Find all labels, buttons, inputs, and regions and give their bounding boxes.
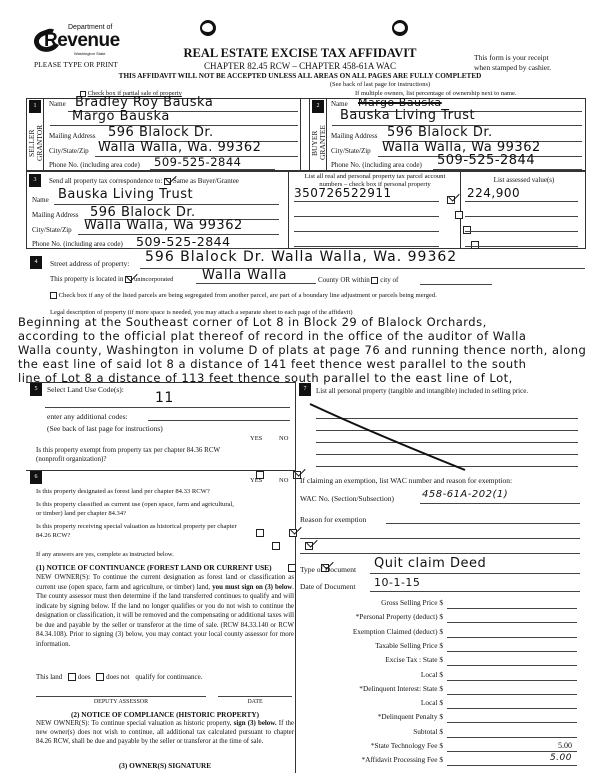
notice2-bold: sign (3) below.	[234, 720, 277, 727]
does-not-label: does not	[106, 673, 130, 681]
doc-type-value[interactable]: Quit claim Deed	[374, 556, 486, 571]
notice-compliance-title: (2) NOTICE OF COMPLIANCE (HISTORIC PROPE…	[36, 710, 294, 719]
doc-date-line	[370, 591, 580, 592]
unincorporated-checkbox[interactable]	[125, 276, 132, 283]
reason-line-2[interactable]	[300, 538, 580, 539]
personal-property-checkbox[interactable]	[455, 211, 463, 219]
notice1-text-b: . The county assessor must then determin…	[36, 584, 294, 648]
doc-date-value[interactable]: 10-1-15	[374, 576, 420, 589]
same-as-buyer-checkbox[interactable]	[164, 178, 171, 185]
fee-label: *State Technology Fee $	[293, 741, 443, 750]
fee-line[interactable]	[447, 751, 577, 752]
buyer-phone-line	[433, 169, 582, 170]
reason-line-3[interactable]	[300, 553, 580, 554]
reason-line[interactable]	[386, 523, 580, 524]
seller-mailing-label: Mailing Address	[49, 132, 95, 140]
legal-description-line: according to the official plat thereof o…	[18, 329, 588, 343]
assessed-value-line	[465, 246, 578, 247]
parties-divider	[300, 98, 301, 171]
legal-description-line: Walla county, Washington in volume D of …	[18, 343, 588, 357]
wac-value[interactable]: 458-61A-202(1)	[422, 489, 508, 500]
fee-line[interactable]	[447, 722, 577, 723]
fee-label: Exemption Claimed (deduct) $	[293, 627, 443, 636]
fee-line[interactable]	[447, 665, 577, 666]
sec6-yes-checkbox[interactable]	[272, 542, 280, 550]
receipt-line-1: This form is your receipt	[474, 53, 551, 63]
corr-phone-label: Phone No. (including area code)	[32, 240, 123, 248]
punch-hole-right	[392, 20, 408, 36]
deputy-date-line[interactable]	[218, 696, 292, 697]
notice1-bold: you must sign on (3) below	[212, 584, 292, 591]
fee-line[interactable]	[447, 608, 577, 609]
fee-line[interactable]	[447, 737, 577, 738]
parcel-rows: 350726522911224,900	[0, 0, 600, 18]
corr-name-label: Name	[32, 196, 49, 204]
fee-label: Taxable Selling Price $	[293, 641, 443, 650]
parcel-account-line	[294, 216, 439, 217]
unincorporated-label: unincorporated	[134, 276, 173, 283]
additional-codes-label: enter any additional codes:	[47, 412, 128, 421]
seller-phone-label: Phone No. (including area code)	[49, 161, 140, 169]
section-1-number: 1	[29, 100, 41, 113]
land-use-no-header: NO	[279, 435, 288, 442]
county-or-label: County OR within	[318, 276, 370, 284]
sec6-no-checkbox[interactable]	[305, 542, 313, 550]
fee-line[interactable]	[447, 651, 577, 652]
buyer-grantee-label: BUYER GRANTEE	[311, 118, 327, 168]
located-row: This property is located in unincorporat…	[50, 275, 173, 283]
segregated-label: Check box if any of the listed parcels a…	[59, 292, 437, 299]
wac-label: WAC No. (Section/Subsection)	[300, 494, 394, 503]
fee-line[interactable]	[447, 694, 577, 695]
parcel-value-divider	[460, 171, 461, 249]
continuance-row: This land does does not qualify for cont…	[36, 673, 202, 681]
wac-line	[420, 503, 580, 504]
receipt-line-2: when stamped by cashier.	[474, 63, 551, 73]
deputy-assessor-line[interactable]	[36, 696, 206, 697]
doc-type-label: Type of Document	[300, 565, 356, 574]
assessed-value-line	[465, 231, 578, 232]
parcel-header-1: List all real and personal property tax …	[290, 173, 460, 181]
legal-description-line: the east line of said lot 8 a distance o…	[18, 357, 588, 371]
sec6-yes-checkbox[interactable]	[256, 529, 264, 537]
county-or-row: County OR within city of	[318, 276, 398, 284]
doc-type-line	[370, 573, 580, 574]
receipt-note: This form is your receipt when stamped b…	[474, 53, 551, 73]
additional-codes-line[interactable]	[148, 420, 290, 421]
buyer-phone[interactable]: 509-525-2844	[437, 153, 535, 168]
county-line	[196, 283, 316, 284]
correspondence-label: Send all property tax correspondence to:	[49, 177, 162, 185]
segregated-checkbox[interactable]	[50, 292, 57, 299]
segregated-row: Check box if any of the listed parcels a…	[50, 292, 437, 299]
sec6-yes-header: YES	[250, 477, 262, 484]
buyer-name-label: Name	[331, 100, 348, 108]
personal-property-label: List all personal property (tangible and…	[316, 385, 586, 398]
notice-continuance-title: (1) NOTICE OF CONTINUANCE (FOREST LAND O…	[36, 563, 272, 572]
land-use-code[interactable]: 11	[155, 390, 174, 406]
qualify-label: qualify for continuance.	[135, 673, 202, 681]
parcel-account-line	[294, 201, 439, 202]
fee-line[interactable]	[447, 708, 577, 709]
section-7-number: 7	[299, 383, 311, 396]
land-use-yes-header: YES	[250, 435, 262, 442]
personal-property-checkbox[interactable]	[447, 196, 455, 204]
does-not-checkbox[interactable]	[96, 673, 104, 681]
exempt-question: Is this property exempt from property ta…	[36, 446, 236, 464]
notice-continuance-body: NEW OWNER(S): To continue the current de…	[36, 573, 294, 649]
city-of-line[interactable]	[420, 284, 492, 285]
corr-parcel-divider	[288, 171, 289, 249]
if-yes-note: If any answers are yes, complete as inst…	[36, 551, 174, 558]
fee-label: Local $	[293, 698, 443, 707]
buyer-phone-label: Phone No. (including area code)	[331, 161, 422, 169]
section-2-number: 2	[312, 100, 324, 113]
buyer-name-2[interactable]: Bauska Living Trust	[340, 108, 475, 123]
sec6-no-checkbox[interactable]	[289, 529, 297, 537]
fee-line[interactable]	[447, 622, 577, 623]
parcel-account-line	[294, 231, 439, 232]
county-value[interactable]: Walla Walla	[202, 268, 288, 283]
notice-compliance-body: NEW OWNER(S): To continue special valuat…	[36, 719, 294, 746]
assessed-value-line	[465, 201, 578, 202]
this-land-label: This land	[36, 673, 62, 681]
section-4-number: 4	[30, 256, 42, 269]
buyer-city-label: City/State/Zip	[331, 147, 371, 155]
located-label: This property is located in	[50, 275, 123, 283]
fee-line[interactable]	[447, 637, 577, 638]
does-label: does	[78, 673, 91, 681]
strike-line-icon	[300, 400, 480, 480]
fee-label: Excise Tax : State $	[293, 655, 443, 664]
seller-phone-line	[150, 169, 275, 170]
deputy-date-label: DATE	[218, 699, 292, 705]
corr-phone[interactable]: 509-525-2844	[136, 234, 231, 249]
fee-label: *Affidavit Processing Fee $	[293, 755, 443, 764]
does-checkbox[interactable]	[68, 673, 76, 681]
fee-label: *Personal Property (deduct) $	[293, 612, 443, 621]
seller-phone[interactable]: 509-525-2844	[154, 155, 241, 169]
sec6-no-header: NO	[279, 477, 288, 484]
corr-mailing-label: Mailing Address	[32, 211, 78, 219]
fee-label: Local $	[293, 670, 443, 679]
fee-label: Gross Selling Price $	[293, 598, 443, 607]
land-use-label: Select Land Use Code(s):	[47, 385, 124, 394]
fee-value[interactable]: 5.00	[512, 741, 572, 750]
fee-label: *Delinquent Penalty $	[293, 712, 443, 721]
corr-name[interactable]: Bauska Living Trust	[58, 187, 193, 202]
section-6-number: 6	[30, 471, 42, 484]
section-5-number: 5	[30, 383, 42, 396]
exemption-label: If claiming an exemption, list WAC numbe…	[300, 476, 512, 485]
seller-grantor-label: SELLER GRANTOR	[28, 118, 44, 168]
sec6-yes-checkbox[interactable]	[288, 564, 296, 572]
land-use-line	[45, 407, 290, 408]
street-address-label: Street address of property:	[50, 259, 129, 268]
sec6-question-text: Is this property receiving special valua…	[36, 522, 241, 540]
correspondence-label-row: Send all property tax correspondence to:…	[49, 177, 239, 185]
street-address[interactable]: 596 Blalock Dr. Walla Walla, Wa. 99362	[145, 249, 457, 265]
doc-date-label: Date of Document	[300, 582, 355, 591]
parcel-account[interactable]: 350726522911	[294, 186, 392, 200]
fee-line[interactable]	[447, 765, 577, 766]
form-warning: THIS AFFIDAVIT WILL NOT BE ACCEPTED UNLE…	[0, 72, 600, 80]
reason-label: Reason for exemption	[300, 515, 366, 524]
sec6-question-text: Is this property classified as current u…	[36, 500, 241, 518]
city-of-label: city of	[380, 276, 398, 284]
fee-line[interactable]	[447, 680, 577, 681]
land-use-see-back: (See back of last page for instructions)	[47, 424, 163, 433]
notice2-text-a: NEW OWNER(S): To continue special valuat…	[36, 720, 234, 727]
seller-name-1[interactable]: Bradley Roy Bauska	[75, 95, 213, 110]
sec6-question-text: Is this property designated as forest la…	[36, 487, 241, 496]
fee-label: Subtotal $	[293, 727, 443, 736]
punch-hole-left	[200, 20, 216, 36]
corr-city[interactable]: Walla Walla, Wa 99362	[84, 218, 243, 233]
section-3-number: 3	[29, 174, 41, 187]
seller-name-label: Name	[49, 100, 66, 108]
same-as-buyer-label: Same as Buyer/Grantee	[173, 177, 239, 185]
assessed-value-line	[465, 216, 578, 217]
seller-mailing[interactable]: 596 Blalock Dr.	[108, 125, 214, 140]
assessed-value-header: List assessed value(s)	[462, 176, 586, 184]
legal-description-line: Beginning at the Southeast corner of Lot…	[18, 315, 588, 329]
assessed-value[interactable]: 224,900	[467, 186, 520, 200]
corr-city-label: City/State/Zip	[32, 226, 72, 234]
owner-signature-title: (3) OWNER(S) SIGNATURE	[36, 761, 294, 770]
city-of-checkbox[interactable]	[371, 277, 378, 284]
buyer-mailing-label: Mailing Address	[331, 132, 377, 140]
see-back-note: (See back of last page for instructions)	[230, 81, 530, 88]
fee-label: *Delinquent Interest: State $	[293, 684, 443, 693]
parcel-account-line	[294, 246, 439, 247]
seller-city[interactable]: Walla Walla, Wa. 99362	[98, 140, 261, 155]
seller-name-2[interactable]: Margo Bauska	[72, 109, 170, 124]
seller-city-label: City/State/Zip	[49, 147, 89, 155]
buyer-mailing[interactable]: 596 Blalock Dr.	[387, 125, 493, 140]
fee-value[interactable]: 5.00	[512, 753, 572, 763]
deputy-assessor-label: DEPUTY ASSESSOR	[36, 699, 206, 705]
